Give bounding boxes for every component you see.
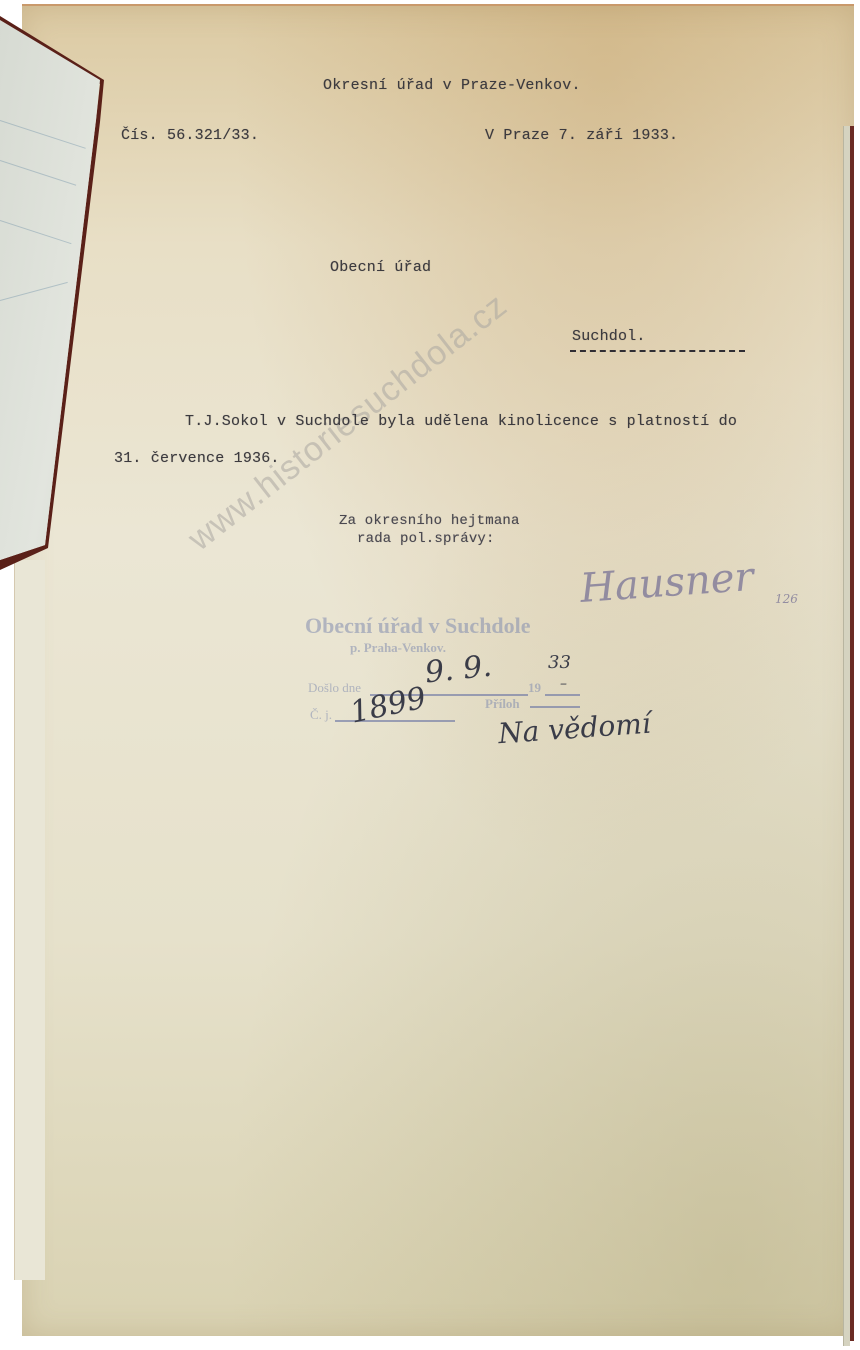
reference-number: Čís. 56.321/33. (121, 127, 259, 144)
recipient-place: Suchdol. (572, 328, 646, 345)
ruled-line (0, 120, 86, 149)
ruled-line (0, 282, 68, 301)
stamp-subtitle: p. Praha-Venkov. (350, 640, 446, 656)
stamp-year-line (545, 694, 580, 696)
office-header: Okresní úřad v Praze-Venkov. (323, 77, 581, 94)
recipient-underline (570, 350, 745, 352)
stamp-received-label: Došlo dne (308, 680, 361, 696)
body-line-2: 31. července 1936. (114, 450, 280, 467)
paper-edge-shadow (850, 126, 854, 1341)
place-and-date: V Praze 7. září 1933. (485, 127, 678, 144)
recipient-office: Obecní úřad (330, 259, 431, 276)
stamp-year-prefix: 19 (528, 680, 541, 696)
body-line-1: T.J.Sokol v Suchdole byla udělena kinoli… (185, 413, 737, 430)
closing-line-1: Za okresního hejtmana (339, 513, 520, 529)
closing-line-2: rada pol.správy: (357, 531, 495, 547)
received-year-handwritten: 33 (548, 652, 571, 673)
stamp-attachments-label: Příloh (485, 696, 520, 712)
stamp-title: Obecní úřad v Suchdole (305, 613, 531, 639)
ruled-line (0, 220, 71, 244)
signature-mark: 126 (775, 592, 798, 606)
stamp-attachments-line (530, 706, 580, 708)
underlying-sheet (14, 560, 45, 1280)
received-date-handwritten: 9. 9. (423, 649, 493, 691)
stamp-ref-label: Č. j. (310, 707, 332, 723)
ruled-line (0, 160, 76, 186)
paper-edge (843, 126, 850, 1346)
attachments-handwritten: – (560, 676, 567, 692)
